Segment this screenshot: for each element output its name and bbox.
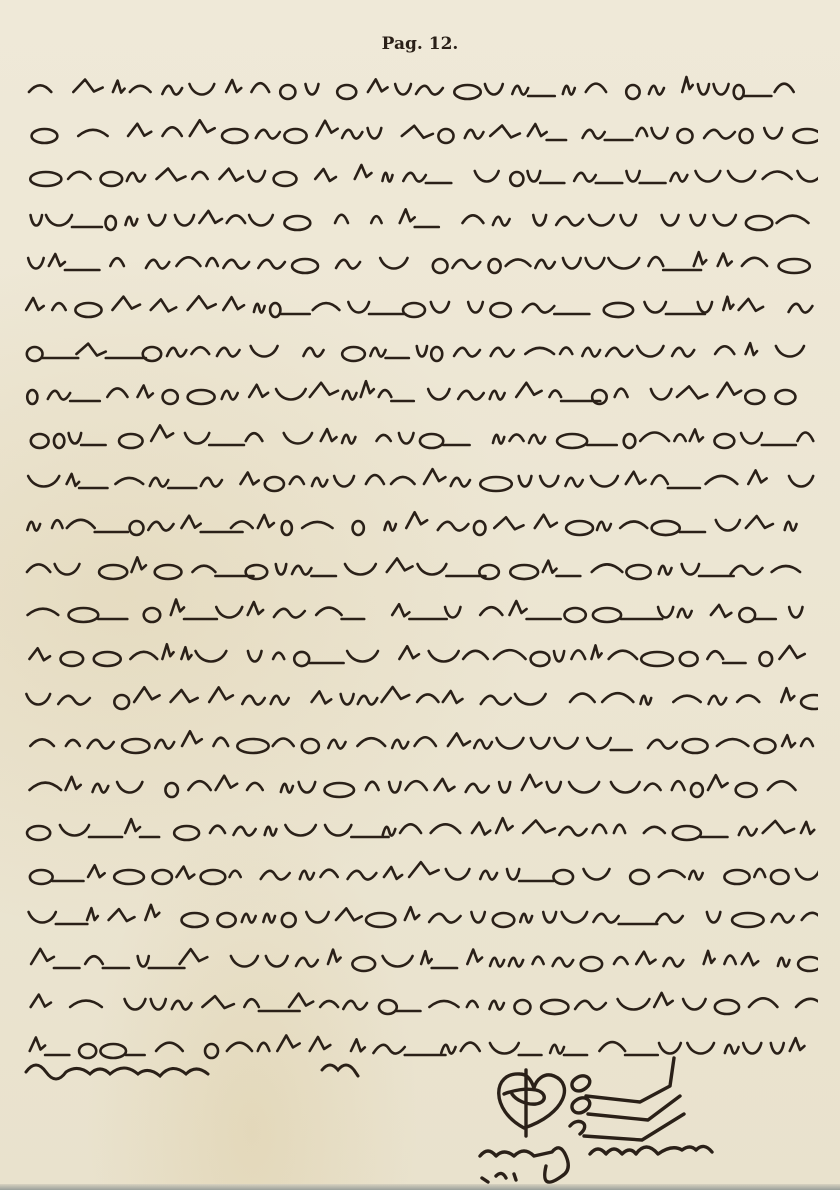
script-line — [22, 373, 818, 413]
script-line — [22, 591, 818, 631]
script-line — [22, 896, 818, 936]
script-line — [22, 417, 818, 457]
page-number-header: Pag. 12. — [0, 34, 840, 54]
script-line — [22, 242, 818, 282]
script-line — [22, 766, 818, 806]
script-line — [22, 678, 818, 718]
script-line — [22, 286, 818, 326]
script-line — [22, 853, 818, 893]
script-line — [22, 68, 818, 108]
script-line — [22, 940, 818, 980]
script-line — [22, 112, 818, 152]
script-line — [22, 460, 818, 500]
document-page: Pag. 12. — [0, 0, 840, 1190]
script-line — [22, 330, 818, 370]
script-line — [22, 548, 818, 588]
script-line — [22, 155, 818, 195]
closing-line — [22, 1048, 462, 1088]
script-text-block — [22, 68, 818, 1071]
seal-and-signature — [470, 1050, 800, 1190]
script-line — [22, 983, 818, 1023]
script-line — [22, 199, 818, 239]
script-line — [22, 722, 818, 762]
script-line — [22, 635, 818, 675]
script-line — [22, 809, 818, 849]
page-bottom-edge — [0, 1184, 840, 1190]
heart-seal-icon — [499, 1074, 565, 1128]
script-line — [22, 504, 818, 544]
